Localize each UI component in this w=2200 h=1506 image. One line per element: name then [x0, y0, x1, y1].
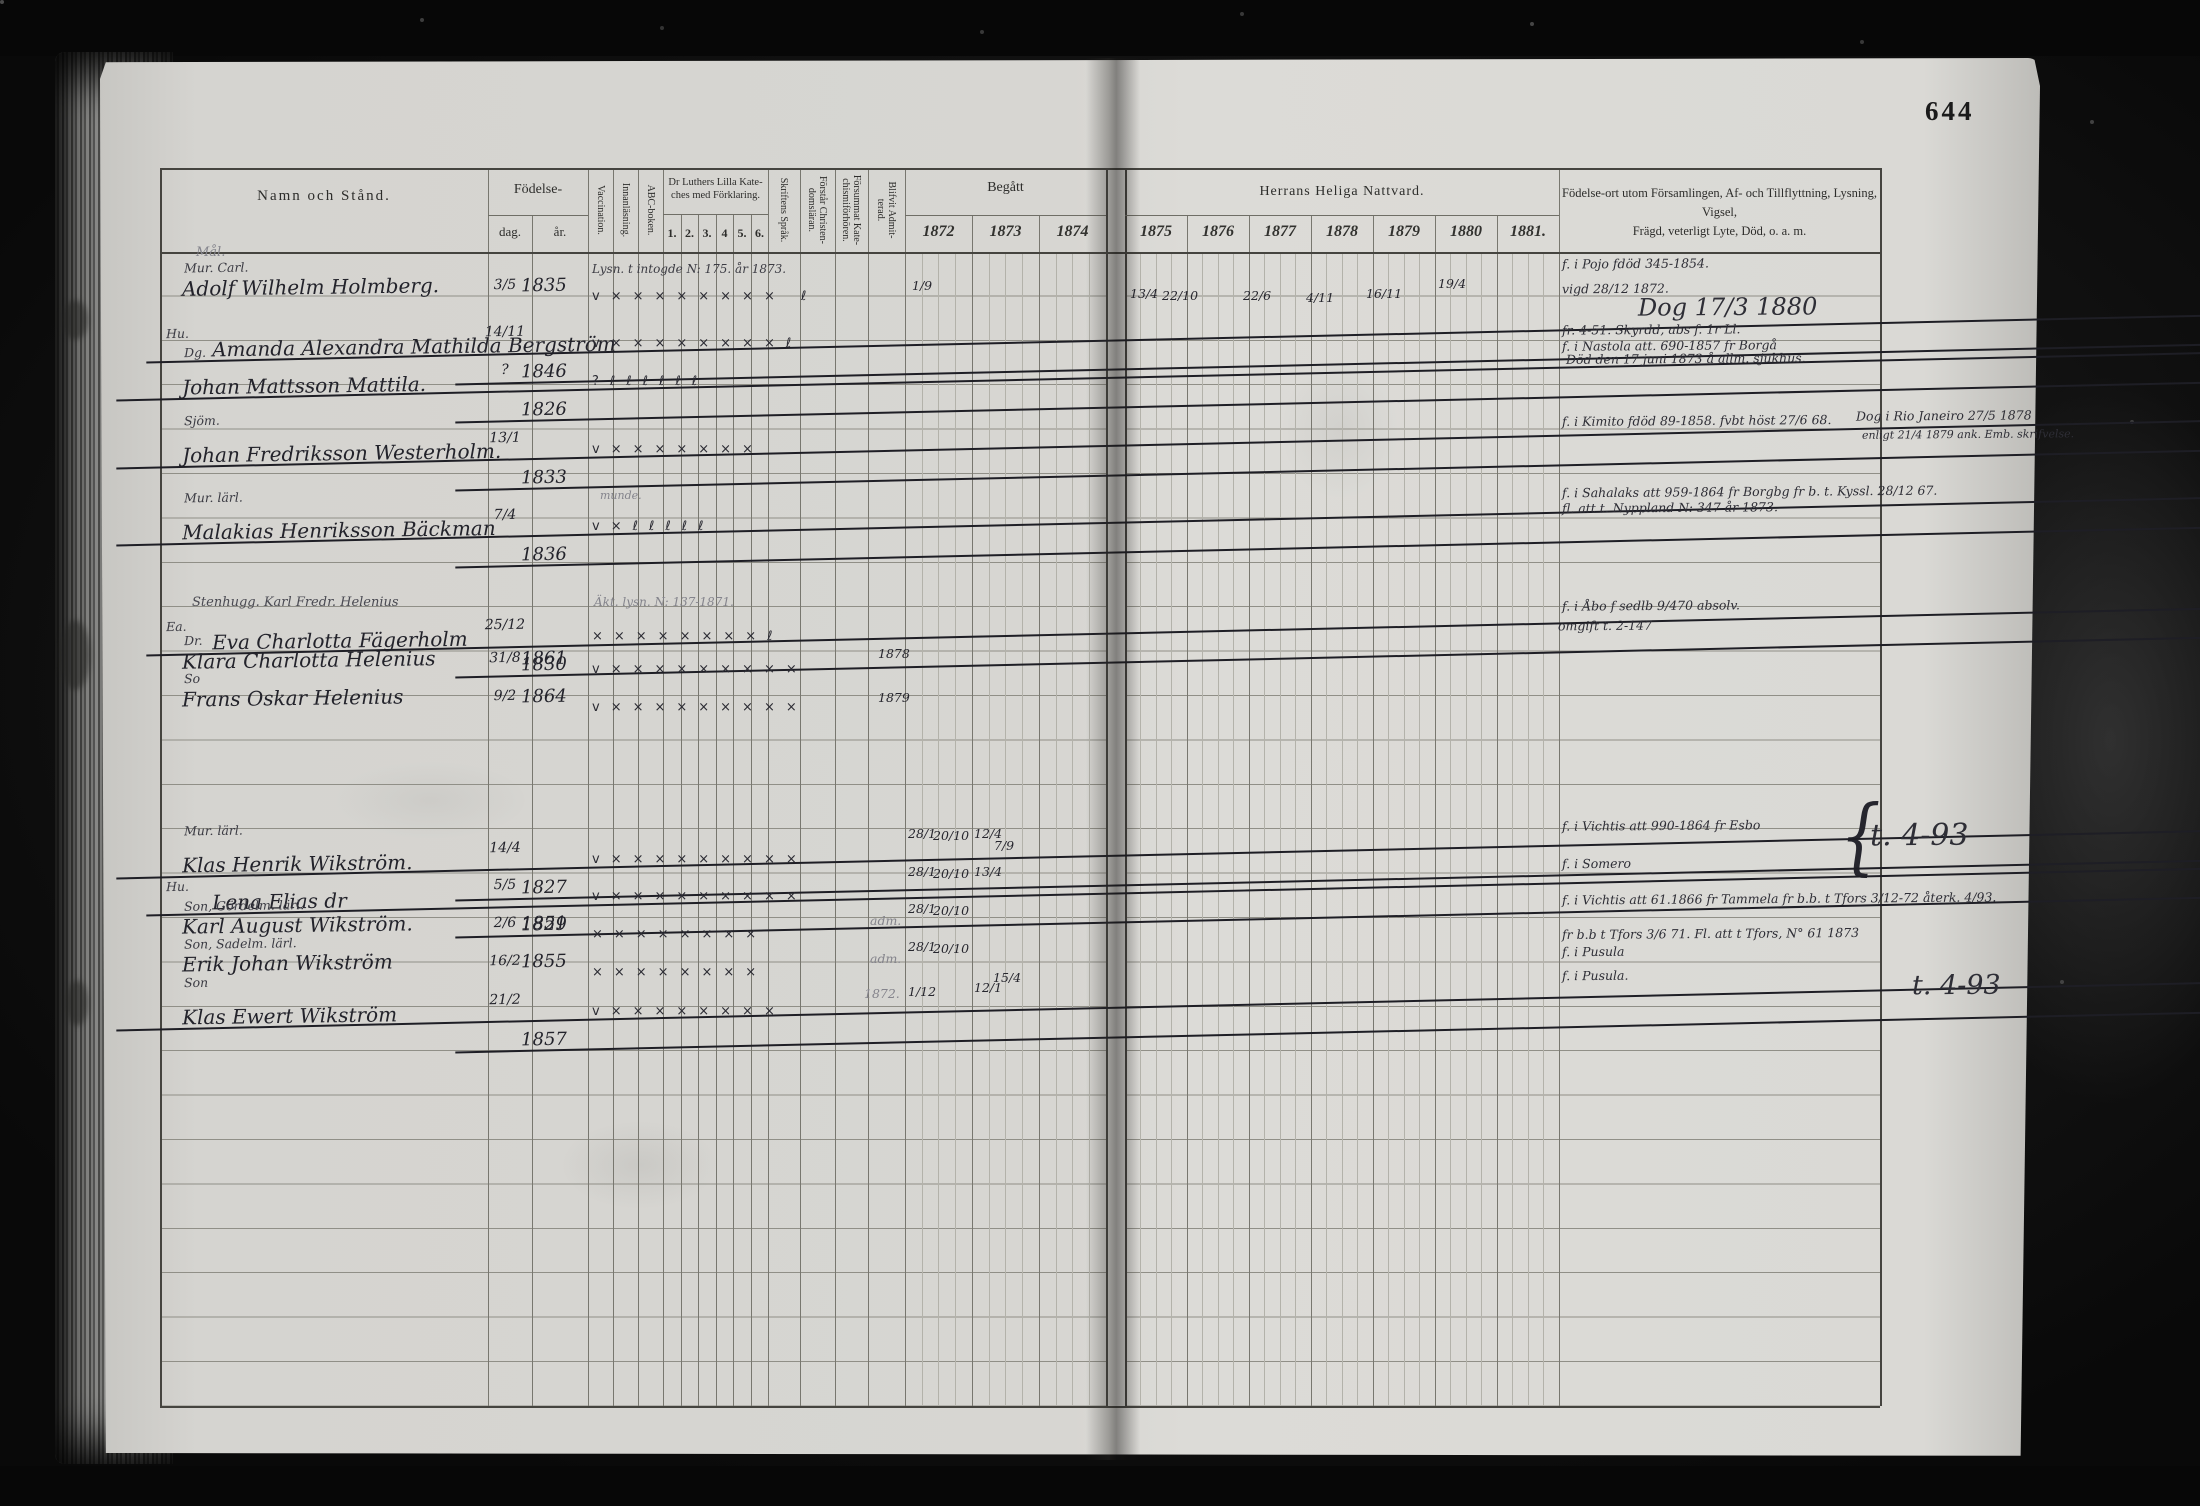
margin-note: fl. att t. Nyppland N: 347 år 1873.: [1562, 499, 1778, 516]
grid-line: [160, 252, 1880, 254]
communion-mark: 20/10: [933, 828, 969, 843]
nattvard-year: 1881.: [1498, 223, 1558, 241]
grid-subline: [1140, 252, 1141, 1406]
communion-mark: 4/11: [1306, 290, 1334, 305]
margin-note: Död den 17 juni 1873 å allm. sjukhus.: [1566, 350, 1806, 367]
grid-subline: [1072, 252, 1073, 1406]
communion-mark: 22/6: [1243, 288, 1271, 303]
communion-mark: 22/10: [1162, 288, 1198, 303]
grid-subline: [1342, 252, 1343, 1406]
margin-note: fr b.b t Tfors 3/6 71. Fl. att t Tfors, …: [1562, 925, 1859, 942]
column-header-begatt: Begått: [905, 180, 1106, 196]
grid-subline: [1233, 252, 1234, 1406]
communion-mark: 15/4: [993, 970, 1021, 985]
column-header-notes: Födelse-ort utom Församlingen, Af- och T…: [1559, 184, 1880, 240]
row-birth-day: 14/4: [482, 840, 528, 857]
row-name: Adolf Wilhelm Holmberg.: [182, 273, 439, 301]
book-gutter-shadow: [1086, 58, 1140, 1460]
margin-note: t. 4-93: [1870, 818, 1969, 854]
abc-label: ABC-boken.: [646, 185, 657, 236]
grid-subline: [1218, 252, 1219, 1406]
communion-mark: adm.: [870, 913, 901, 928]
lysning-annotation: Lysn. t intogde N: 175. år 1873.: [592, 262, 786, 276]
nattvard-year: 1877: [1250, 223, 1310, 241]
grid-subline: [1404, 252, 1405, 1406]
margin-note: f. i Vichtis att 990-1864 fr Esbo: [1562, 817, 1760, 833]
row-occupation: Son, Gördelm. lärl.: [184, 897, 304, 914]
margin-note: enligt 21/4 1879 ank. Emb. skrifvelse.: [1862, 427, 2074, 441]
grid-subline: [1357, 252, 1358, 1406]
row-check-marks: v×ℓℓℓℓℓ: [592, 519, 714, 534]
edge-blotch: [60, 620, 90, 690]
row-birth-year: 1864: [521, 686, 567, 708]
communion-mark: 28/1: [908, 826, 936, 841]
grid-line: [160, 168, 1880, 170]
row-occupation: Dg.: [184, 345, 206, 360]
row-birth-day: 25/12: [482, 617, 528, 634]
row-check-marks: ××××××××: [592, 927, 767, 942]
grid-subline: [1056, 252, 1057, 1406]
column-header-nattvard: Herrans Heliga Nattvard.: [1125, 184, 1559, 200]
communion-mark: 1872.: [864, 986, 900, 1001]
grid-line: [835, 168, 836, 1406]
row-occupation: Hu.: [166, 326, 189, 341]
margin-note: t. 4-93: [1912, 970, 2001, 1002]
akt-lysning-annotation: Äkt. lysn. N: 137-1871.: [594, 595, 734, 609]
row-occupation: Mur. Carl.: [184, 260, 249, 276]
communion-mark: 16/11: [1366, 286, 1402, 301]
margin-note: f. i Kimito fdöd 89-1858. fvbt höst 27/6…: [1562, 412, 1832, 429]
grid-subline: [1156, 252, 1157, 1406]
nattvard-year: 1878: [1312, 223, 1372, 241]
row-occupation: Mur. lärl.: [184, 490, 243, 506]
grid-line: [733, 215, 734, 1406]
row-check-marks: v×××××××××: [592, 700, 808, 715]
grid-subline: [1388, 252, 1389, 1406]
grid-line: [1125, 215, 1559, 216]
grid-line: [800, 168, 801, 1406]
row-birth-day: 7/4: [482, 507, 528, 524]
row-birth-day: ?: [482, 362, 528, 379]
grid-subline: [1295, 252, 1296, 1406]
pencil-annotation: Mål.: [196, 245, 225, 260]
margin-note: fr. 4-51. Skyrdd, abs f. 1r Ll.: [1562, 321, 1741, 337]
row-birth-year: 1835: [521, 275, 567, 297]
row-birth-year: 1851: [521, 913, 567, 935]
row-occupation: Hu.: [166, 879, 189, 894]
grid-line: [768, 168, 769, 1406]
row-occupation: Dr.: [184, 633, 203, 648]
margin-note: Dog 17/3 1880: [1638, 292, 1817, 321]
pencil-annotation: munde.: [600, 489, 642, 502]
row-check-marks: ?ℓℓℓℓℓℓ: [592, 374, 708, 389]
grid-subline: [1022, 252, 1023, 1406]
grid-line: [160, 168, 162, 1406]
row-name: Karl August Wikström.: [182, 911, 413, 938]
column-header-birth-day: dag.: [488, 224, 532, 240]
communion-mark: 20/10: [933, 903, 969, 918]
row-birth-day: 5/5: [482, 877, 528, 894]
communion-mark: 1/9: [912, 278, 932, 293]
communion-mark: 28/1: [908, 864, 936, 879]
nattvard-year: 1880: [1436, 223, 1496, 241]
grid-subline: [1280, 252, 1281, 1406]
begatt-year: 1873: [976, 223, 1036, 241]
row-name: Klara Charlotta Helenius: [182, 646, 436, 674]
communion-mark: 20/10: [933, 941, 969, 956]
grid-subline: [1202, 252, 1203, 1406]
page-number: 644: [1925, 96, 1975, 127]
grid-subline: [1005, 252, 1006, 1406]
margin-note: f. i Sahalaks att 959-1864 fr Borgbg fr …: [1562, 483, 1937, 501]
grid-line: [681, 215, 682, 1406]
nattvard-year: 1876: [1188, 223, 1248, 241]
row-occupation: Son: [184, 975, 208, 990]
row-occupation: Ea.: [166, 619, 187, 634]
row-check-marks: v×××××××× ℓ: [592, 289, 817, 304]
grid-line: [905, 215, 1106, 216]
grid-subline: [1171, 252, 1172, 1406]
grid-subline: [1326, 252, 1327, 1406]
row-check-marks: ××××××××: [592, 965, 767, 980]
communion-mark: adm.: [870, 951, 901, 966]
row-name: Frans Oskar Helenius: [182, 684, 404, 711]
grid-line: [716, 215, 717, 1406]
margin-note: f. i Åbo f sedlb 9/470 absolv.: [1562, 597, 1740, 613]
notes-header-line2: Frägd, veterligt Lyte, Död, o. a. m.: [1559, 222, 1880, 241]
communion-mark: 1/12: [908, 984, 936, 999]
row-check-marks: v×××××××××: [592, 889, 808, 904]
row-check-marks: v××××××××ℓ: [592, 336, 802, 351]
row-occupation: Sjöm.: [184, 413, 220, 428]
film-grain-specks: [0, 0, 4, 4]
grid-line: [488, 215, 588, 216]
margin-note: f. i Vichtis att 61.1866 fr Tammela fr b…: [1562, 889, 1996, 907]
grid-line: [698, 215, 699, 1406]
margin-note: f. i Somero: [1562, 856, 1631, 871]
grid-line: [905, 168, 906, 1406]
communion-mark: 28/1: [908, 939, 936, 954]
communion-mark: 1879: [878, 690, 910, 705]
row-occupation: Son, Sadelm. lärl.: [184, 935, 297, 952]
begatt-year: 1872: [909, 223, 969, 241]
row-birth-year: 1861: [521, 648, 567, 670]
margin-note: omgift t. 2-147: [1558, 618, 1652, 634]
row-occupation: Mur. lärl.: [184, 823, 243, 839]
family-heading-annotation: Stenhugg. Karl Fredr. Helenius: [192, 595, 399, 610]
background-bottom-band: [0, 1466, 2200, 1506]
admitterad-label: Blifvit Admit-terad.: [875, 182, 897, 239]
margin-note: Dog i Rio Janeiro 27/5 1878: [1856, 407, 2032, 423]
row-check-marks: ××××××××ℓ: [592, 629, 784, 644]
row-birth-day: 13/1: [482, 430, 528, 447]
margin-note: f. i Pojo fdöd 345-1854.: [1562, 255, 1709, 271]
row-check-marks: v×××××××××: [592, 852, 808, 867]
grid-subline: [1264, 252, 1265, 1406]
row-occupation: So: [184, 671, 200, 686]
row-check-marks: v×××××××××: [592, 662, 808, 677]
communion-mark: 19/4: [1438, 276, 1466, 291]
row-check-marks: v×××××××: [592, 442, 764, 457]
scanned-register-spread: 644 Namn och Stånd. Födelse- dag. år. Va…: [0, 0, 2200, 1506]
margin-note: f. i Pusula.: [1562, 968, 1629, 983]
margin-note: f. i Pusula: [1562, 944, 1625, 959]
edge-blotch: [66, 980, 88, 1026]
row-name: Erik Johan Wikström: [182, 950, 393, 977]
notes-header-line1: Födelse-ort utom Församlingen, Af- och T…: [1559, 184, 1880, 222]
row-birth-year: 1855: [521, 951, 567, 973]
row-birth-day: 21/2: [482, 992, 528, 1009]
katekes-number: 6.: [750, 226, 770, 241]
communion-mark: 7/9: [994, 838, 1014, 853]
communion-mark: 1878: [878, 646, 910, 661]
edge-blotch: [62, 300, 88, 340]
communion-mark: 20/10: [933, 866, 969, 881]
grid-line: [663, 214, 768, 215]
grid-line: [868, 168, 869, 1406]
column-header-name: Namn och Stånd.: [160, 188, 488, 205]
communion-mark: 13/4: [974, 864, 1002, 879]
column-header-admitterad: Blifvit Admit-terad.: [841, 165, 931, 255]
nattvard-year: 1879: [1374, 223, 1434, 241]
background-top-band: [0, 0, 2200, 56]
row-check-marks: v××××××××: [592, 1004, 786, 1019]
grid-line: [160, 1406, 1880, 1408]
grid-line: [751, 215, 752, 1406]
row-birth-day: 14/11: [482, 324, 528, 341]
communion-mark: 28/1: [908, 901, 936, 916]
